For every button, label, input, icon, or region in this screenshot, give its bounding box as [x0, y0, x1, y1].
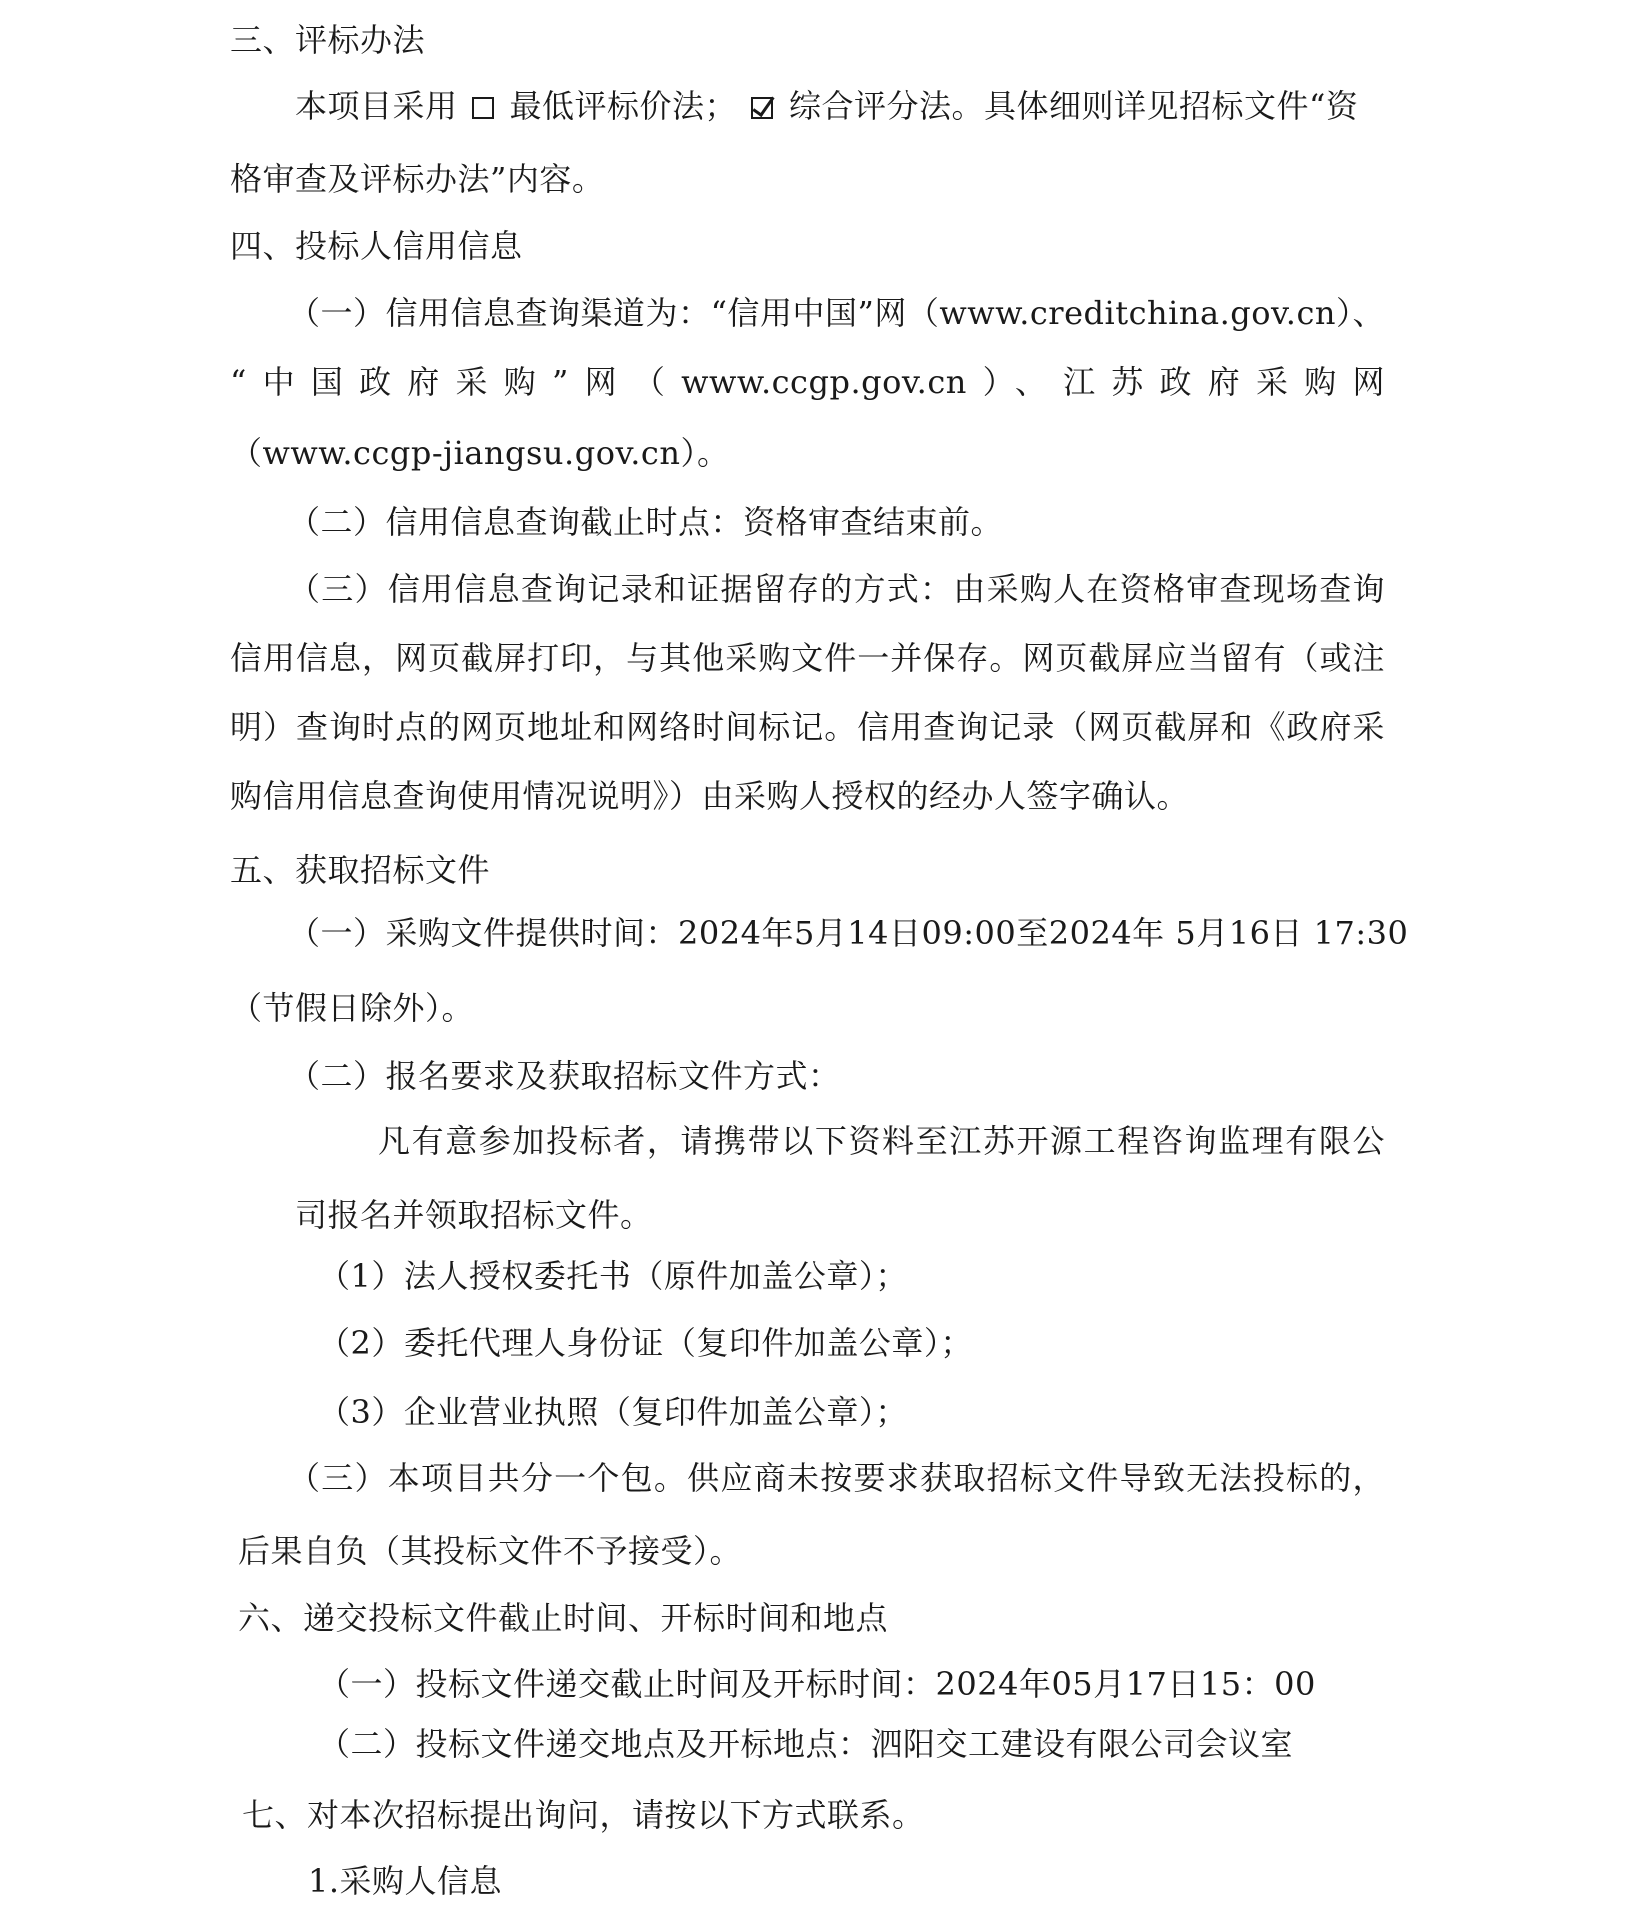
section-heading-inquiry-contact: 七、对本次招标提出询问，请按以下方式联系。: [242, 1795, 1397, 1835]
package-note-line1: （三）本项目共分一个包。供应商未按要求获取招标文件导致无法投标的，: [288, 1458, 1385, 1498]
submission-deadline-time: （一）投标文件递交截止时间及开标时间：2024年05月17日15：00: [318, 1664, 1385, 1704]
purchaser-info-heading: 1.采购人信息: [308, 1861, 1463, 1901]
document-availability-time-line1: （一）采购文件提供时间：2024年5月14日09:00至2024年 5月16日 …: [288, 913, 1385, 953]
credit-record-method-line3: 明）查询时点的网页地址和网络时间标记。信用查询记录（网页截屏和《政府采: [230, 707, 1385, 747]
credit-record-method-line4: 购信用信息查询使用情况说明》）由采购人授权的经办人签字确认。: [230, 776, 1385, 816]
document-availability-time-line2: （节假日除外）。: [230, 988, 1385, 1028]
section-heading-credit-info: 四、投标人信用信息: [230, 226, 1385, 266]
option-lowest-price-label: 最低评标价法；: [510, 87, 738, 125]
credit-record-method-line1: （三）信用信息查询记录和证据留存的方式：由采购人在资格审查现场查询: [288, 569, 1385, 609]
package-note-line2: 后果自负（其投标文件不予接受）。: [238, 1531, 1393, 1571]
evaluation-prefix: 本项目采用: [295, 87, 458, 125]
credit-query-deadline: （二）信用信息查询截止时点：资格审查结束前。: [288, 502, 1385, 542]
section-heading-submission-deadline: 六、递交投标文件截止时间、开标时间和地点: [238, 1598, 1393, 1638]
option-comprehensive-scoring-label: 综合评分法。具体细则详见招标文件“资: [789, 87, 1358, 125]
section-heading-obtain-documents: 五、获取招标文件: [230, 850, 1385, 890]
checkbox-comprehensive-scoring[interactable]: [751, 97, 773, 119]
required-material-2: （2）委托代理人身份证（复印件加盖公章）；: [318, 1323, 1385, 1363]
submission-location: （二）投标文件递交地点及开标地点：泗阳交工建设有限公司会议室: [318, 1724, 1385, 1764]
registration-requirements-heading: （二）报名要求及获取招标文件方式：: [288, 1056, 1385, 1096]
evaluation-method-choice: 本项目采用最低评标价法；综合评分法。具体细则详见招标文件“资: [295, 86, 1385, 126]
credit-query-channels-line2: “中国政府采购”网（www.ccgp.gov.cn）、江苏政府采购网: [230, 362, 1385, 402]
checkbox-lowest-price[interactable]: [472, 97, 494, 119]
evaluation-method-line2: 格审查及评标办法”内容。: [230, 159, 1385, 199]
section-heading-evaluation-method: 三、评标办法: [230, 20, 1385, 60]
credit-query-channels-line1: （一）信用信息查询渠道为：“信用中国”网（www.creditchina.gov…: [288, 293, 1385, 333]
required-material-3: （3）企业营业执照（复印件加盖公章）；: [318, 1392, 1385, 1432]
credit-record-method-line2: 信用信息，网页截屏打印，与其他采购文件一并保存。网页截屏应当留有（或注: [230, 638, 1385, 678]
registration-instructions-line1: 凡有意参加投标者，请携带以下资料至江苏开源工程咨询监理有限公: [378, 1121, 1385, 1161]
registration-instructions-line2: 司报名并领取招标文件。: [295, 1195, 1450, 1235]
credit-query-channels-line3: （www.ccgp-jiangsu.gov.cn）。: [230, 433, 1385, 473]
required-material-1: （1）法人授权委托书（原件加盖公章）；: [318, 1256, 1385, 1296]
